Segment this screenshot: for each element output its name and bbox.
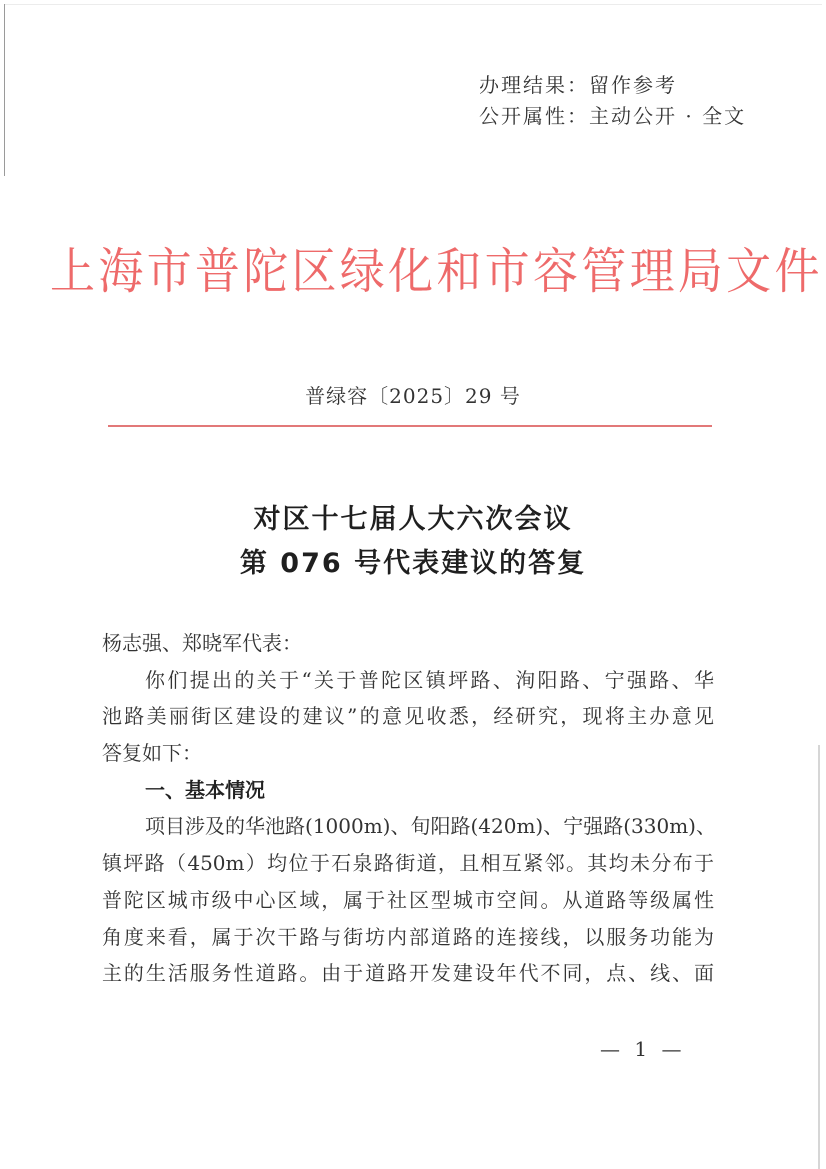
title-char: 容 [533, 237, 581, 306]
title-char: 上 [50, 237, 98, 306]
disclosure-value: 主动公开 · 全文 [589, 104, 746, 128]
handling-result-value: 留作参考 [589, 73, 677, 97]
reply-title-line-1: 对区十七届人大六次会议 [0, 498, 826, 542]
title-char: 化 [388, 237, 436, 306]
title-char: 文 [726, 237, 774, 306]
section-heading: 一、基本情况 [102, 772, 714, 809]
title-char: 绿 [340, 237, 388, 306]
title-char: 陀 [243, 237, 291, 306]
red-divider [108, 425, 712, 427]
reply-title: 对区十七届人大六次会议 第 076 号代表建议的答复 [0, 498, 826, 586]
title-char: 理 [630, 237, 678, 306]
title-char: 局 [678, 237, 726, 306]
scan-edge-left [4, 4, 5, 176]
disclosure-row: 公开属性：主动公开 · 全文 [479, 101, 746, 132]
organization-title: 上海市普陀区绿化和市容管理局文件 [50, 237, 775, 306]
section-line: 镇坪路（450m）均位于石泉路街道，且相互紧邻。其均未分布于 [102, 845, 714, 882]
handling-result-row: 办理结果：留作参考 [479, 70, 746, 101]
title-char: 件 [774, 237, 822, 306]
reply-title-line-2: 第 076 号代表建议的答复 [0, 542, 826, 586]
scan-edge-top [4, 4, 822, 5]
title-char: 普 [195, 237, 243, 306]
document-body: 杨志强、郑晓军代表： 你们提出的关于“关于普陀区镇坪路、洵阳路、宁强路、华 池路… [102, 625, 714, 992]
handling-result-label: 办理结果： [479, 73, 589, 97]
scan-edge-right [818, 745, 820, 1169]
title-char: 管 [581, 237, 629, 306]
title-char: 市 [485, 237, 533, 306]
document-meta: 办理结果：留作参考 公开属性：主动公开 · 全文 [479, 70, 746, 132]
intro-line: 答复如下： [102, 735, 714, 772]
section-line: 主的生活服务性道路。由于道路开发建设年代不同，点、线、面 [102, 955, 714, 992]
section-line: 项目涉及的华池路(1000m)、旬阳路(420m)、宁强路(330m)、 [102, 808, 714, 845]
intro-line: 你们提出的关于“关于普陀区镇坪路、洵阳路、宁强路、华 [102, 662, 714, 699]
document-number: 普绿容〔2025〕29 号 [0, 381, 826, 411]
page-number: — 1 — [600, 1037, 685, 1061]
title-char: 市 [147, 237, 195, 306]
disclosure-label: 公开属性： [479, 104, 589, 128]
title-char: 海 [98, 237, 146, 306]
title-char: 和 [436, 237, 484, 306]
title-char: 区 [291, 237, 339, 306]
salutation: 杨志强、郑晓军代表： [102, 625, 714, 662]
section-line: 角度来看，属于次干路与街坊内部道路的连接线，以服务功能为 [102, 919, 714, 956]
section-line: 普陀区城市级中心区域，属于社区型城市空间。从道路等级属性 [102, 882, 714, 919]
intro-line: 池路美丽街区建设的建议”的意见收悉，经研究，现将主办意见 [102, 698, 714, 735]
